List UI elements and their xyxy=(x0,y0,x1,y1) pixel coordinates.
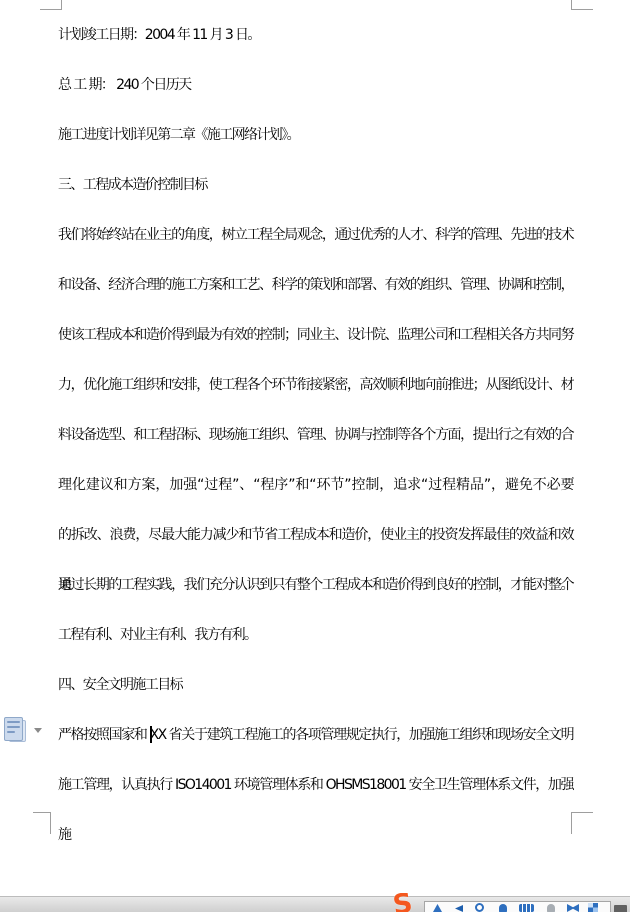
grid-squares-icon[interactable] xyxy=(588,903,598,912)
page-margin-mark-bottom-right xyxy=(571,812,593,834)
doc-line-body: 严格按照国家和 XX 省关于建筑工程施工的各项管理规定执行，加强施工组织和现场安… xyxy=(58,710,573,760)
doc-line-body: 料设备选型、和工程招标、现场施工组织、管理、协调与控制等各个方面，提出行之有效的… xyxy=(58,410,573,460)
page-margin-mark-top-left xyxy=(40,0,62,10)
doc-line-schedule-ref: 施工进度计划详见第二章《施工网络计划》。 xyxy=(58,110,573,160)
person-gray-icon[interactable] xyxy=(547,904,555,912)
doc-line-body: 施工管理，认真执行 ISO14001 环境管理体系和 OHSMS18001 安全… xyxy=(58,760,573,810)
page-margin-mark-bottom-left xyxy=(33,812,51,834)
network-badge-icon[interactable] xyxy=(519,904,534,912)
doc-line-total-duration: 总 工 期： 240 个日历天 xyxy=(58,60,573,110)
messenger-bowtie-icon[interactable] xyxy=(567,904,579,912)
doc-line-body: 的拆改、浪费，尽最大能力减少和节省工程成本和造价，使业主的投资发挥最佳的效益和效… xyxy=(58,510,573,560)
doc-line-body: 力，优化施工组织和安排，使工程各个环节衔接紧密，高效顺利地向前推进；从图纸设计、… xyxy=(58,360,573,410)
text-caret xyxy=(150,726,152,743)
doc-line-body: 理化建议和方案，加强“过程”、“程序”和“环节”控制，追求“过程精品”，避免不必… xyxy=(58,460,573,510)
doc-line-body: 工程有利、对业主有利、我方有利。 xyxy=(58,610,573,660)
document-page: 计划竣工日期：2004 年 11 月 3 日。 总 工 期： 240 个日历天 … xyxy=(0,0,630,912)
document-text: 计划竣工日期：2004 年 11 月 3 日。 总 工 期： 240 个日历天 … xyxy=(58,10,573,810)
doc-heading-cost-control: 三、工程成本造价控制目标 xyxy=(58,160,573,210)
pointer-icon[interactable] xyxy=(433,904,442,912)
page-margin-mark-top-right xyxy=(571,0,593,10)
system-tray xyxy=(424,901,611,912)
doc-line-body: 我们将始终站在业主的角度，树立工程全局观念，通过优秀的人才、科学的管理、先进的技… xyxy=(58,210,573,260)
taskbar: S xyxy=(0,896,630,912)
sogou-s-logo[interactable]: S xyxy=(393,893,425,912)
chevron-down-icon[interactable] xyxy=(34,728,42,733)
show-desktop-button[interactable] xyxy=(614,905,627,912)
doc-line-body: 和设备、经济合理的施工方案和工艺、科学的策划和部署、有效的组织、管理、协调和控制… xyxy=(58,260,573,310)
doc-line-completion-date: 计划竣工日期：2004 年 11 月 3 日。 xyxy=(58,10,573,60)
doc-line-body: 通过长期的工程实践，我们充分认识到只有整个工程成本和造价得到良好的控制，才能对整… xyxy=(58,560,573,610)
doc-line-body: 使该工程成本和造价得到最为有效的控制；同业主、设计院、监理公司和工程相关各方共同… xyxy=(58,310,573,360)
clipboard-icon xyxy=(4,717,23,741)
doc-heading-safety: 四、安全文明施工目标 xyxy=(58,660,573,710)
paste-options-button[interactable] xyxy=(2,716,48,746)
person-blue-icon[interactable] xyxy=(499,904,507,912)
arrow-right-icon[interactable] xyxy=(455,905,463,912)
circle-status-icon[interactable] xyxy=(475,903,484,912)
